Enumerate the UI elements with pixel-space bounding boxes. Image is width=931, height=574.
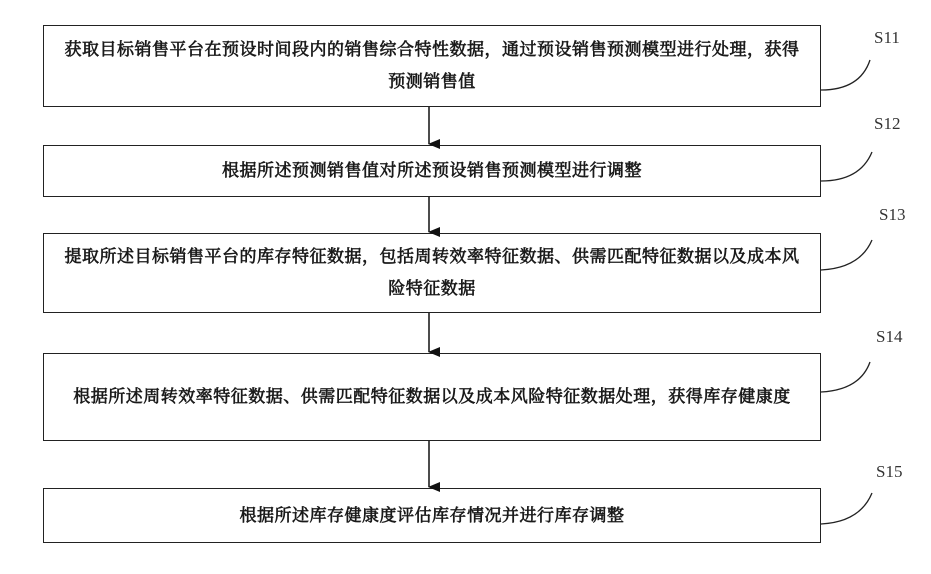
step-text-s13: 提取所述目标销售平台的库存特征数据，包括周转效率特征数据、供需匹配特征数据以及成… <box>44 241 820 305</box>
leader-s13 <box>821 240 872 270</box>
leader-s14 <box>821 362 870 392</box>
step-label-s13: S13 <box>879 205 905 225</box>
step-box-s12: 根据所述预测销售值对所述预设销售预测模型进行调整 <box>43 145 821 197</box>
leader-curves <box>821 60 872 524</box>
step-text-s12: 根据所述预测销售值对所述预设销售预测模型进行调整 <box>208 155 656 187</box>
step-text-s15: 根据所述库存健康度评估库存情况并进行库存调整 <box>226 500 639 532</box>
step-label-s11: S11 <box>874 28 900 48</box>
step-text-s14: 根据所述周转效率特征数据、供需匹配特征数据以及成本风险特征数据处理，获得库存健康… <box>59 381 805 413</box>
step-box-s13: 提取所述目标销售平台的库存特征数据，包括周转效率特征数据、供需匹配特征数据以及成… <box>43 233 821 313</box>
step-label-s14: S14 <box>876 327 902 347</box>
step-text-s11: 获取目标销售平台在预设时间段内的销售综合特性数据，通过预设销售预测模型进行处理，… <box>44 34 820 98</box>
step-label-s15: S15 <box>876 462 902 482</box>
step-label-s12: S12 <box>874 114 900 134</box>
step-box-s11: 获取目标销售平台在预设时间段内的销售综合特性数据，通过预设销售预测模型进行处理，… <box>43 25 821 107</box>
step-box-s14: 根据所述周转效率特征数据、供需匹配特征数据以及成本风险特征数据处理，获得库存健康… <box>43 353 821 441</box>
leader-s15 <box>821 493 872 524</box>
leader-s12 <box>821 152 872 181</box>
step-box-s15: 根据所述库存健康度评估库存情况并进行库存调整 <box>43 488 821 543</box>
leader-s11 <box>821 60 870 90</box>
